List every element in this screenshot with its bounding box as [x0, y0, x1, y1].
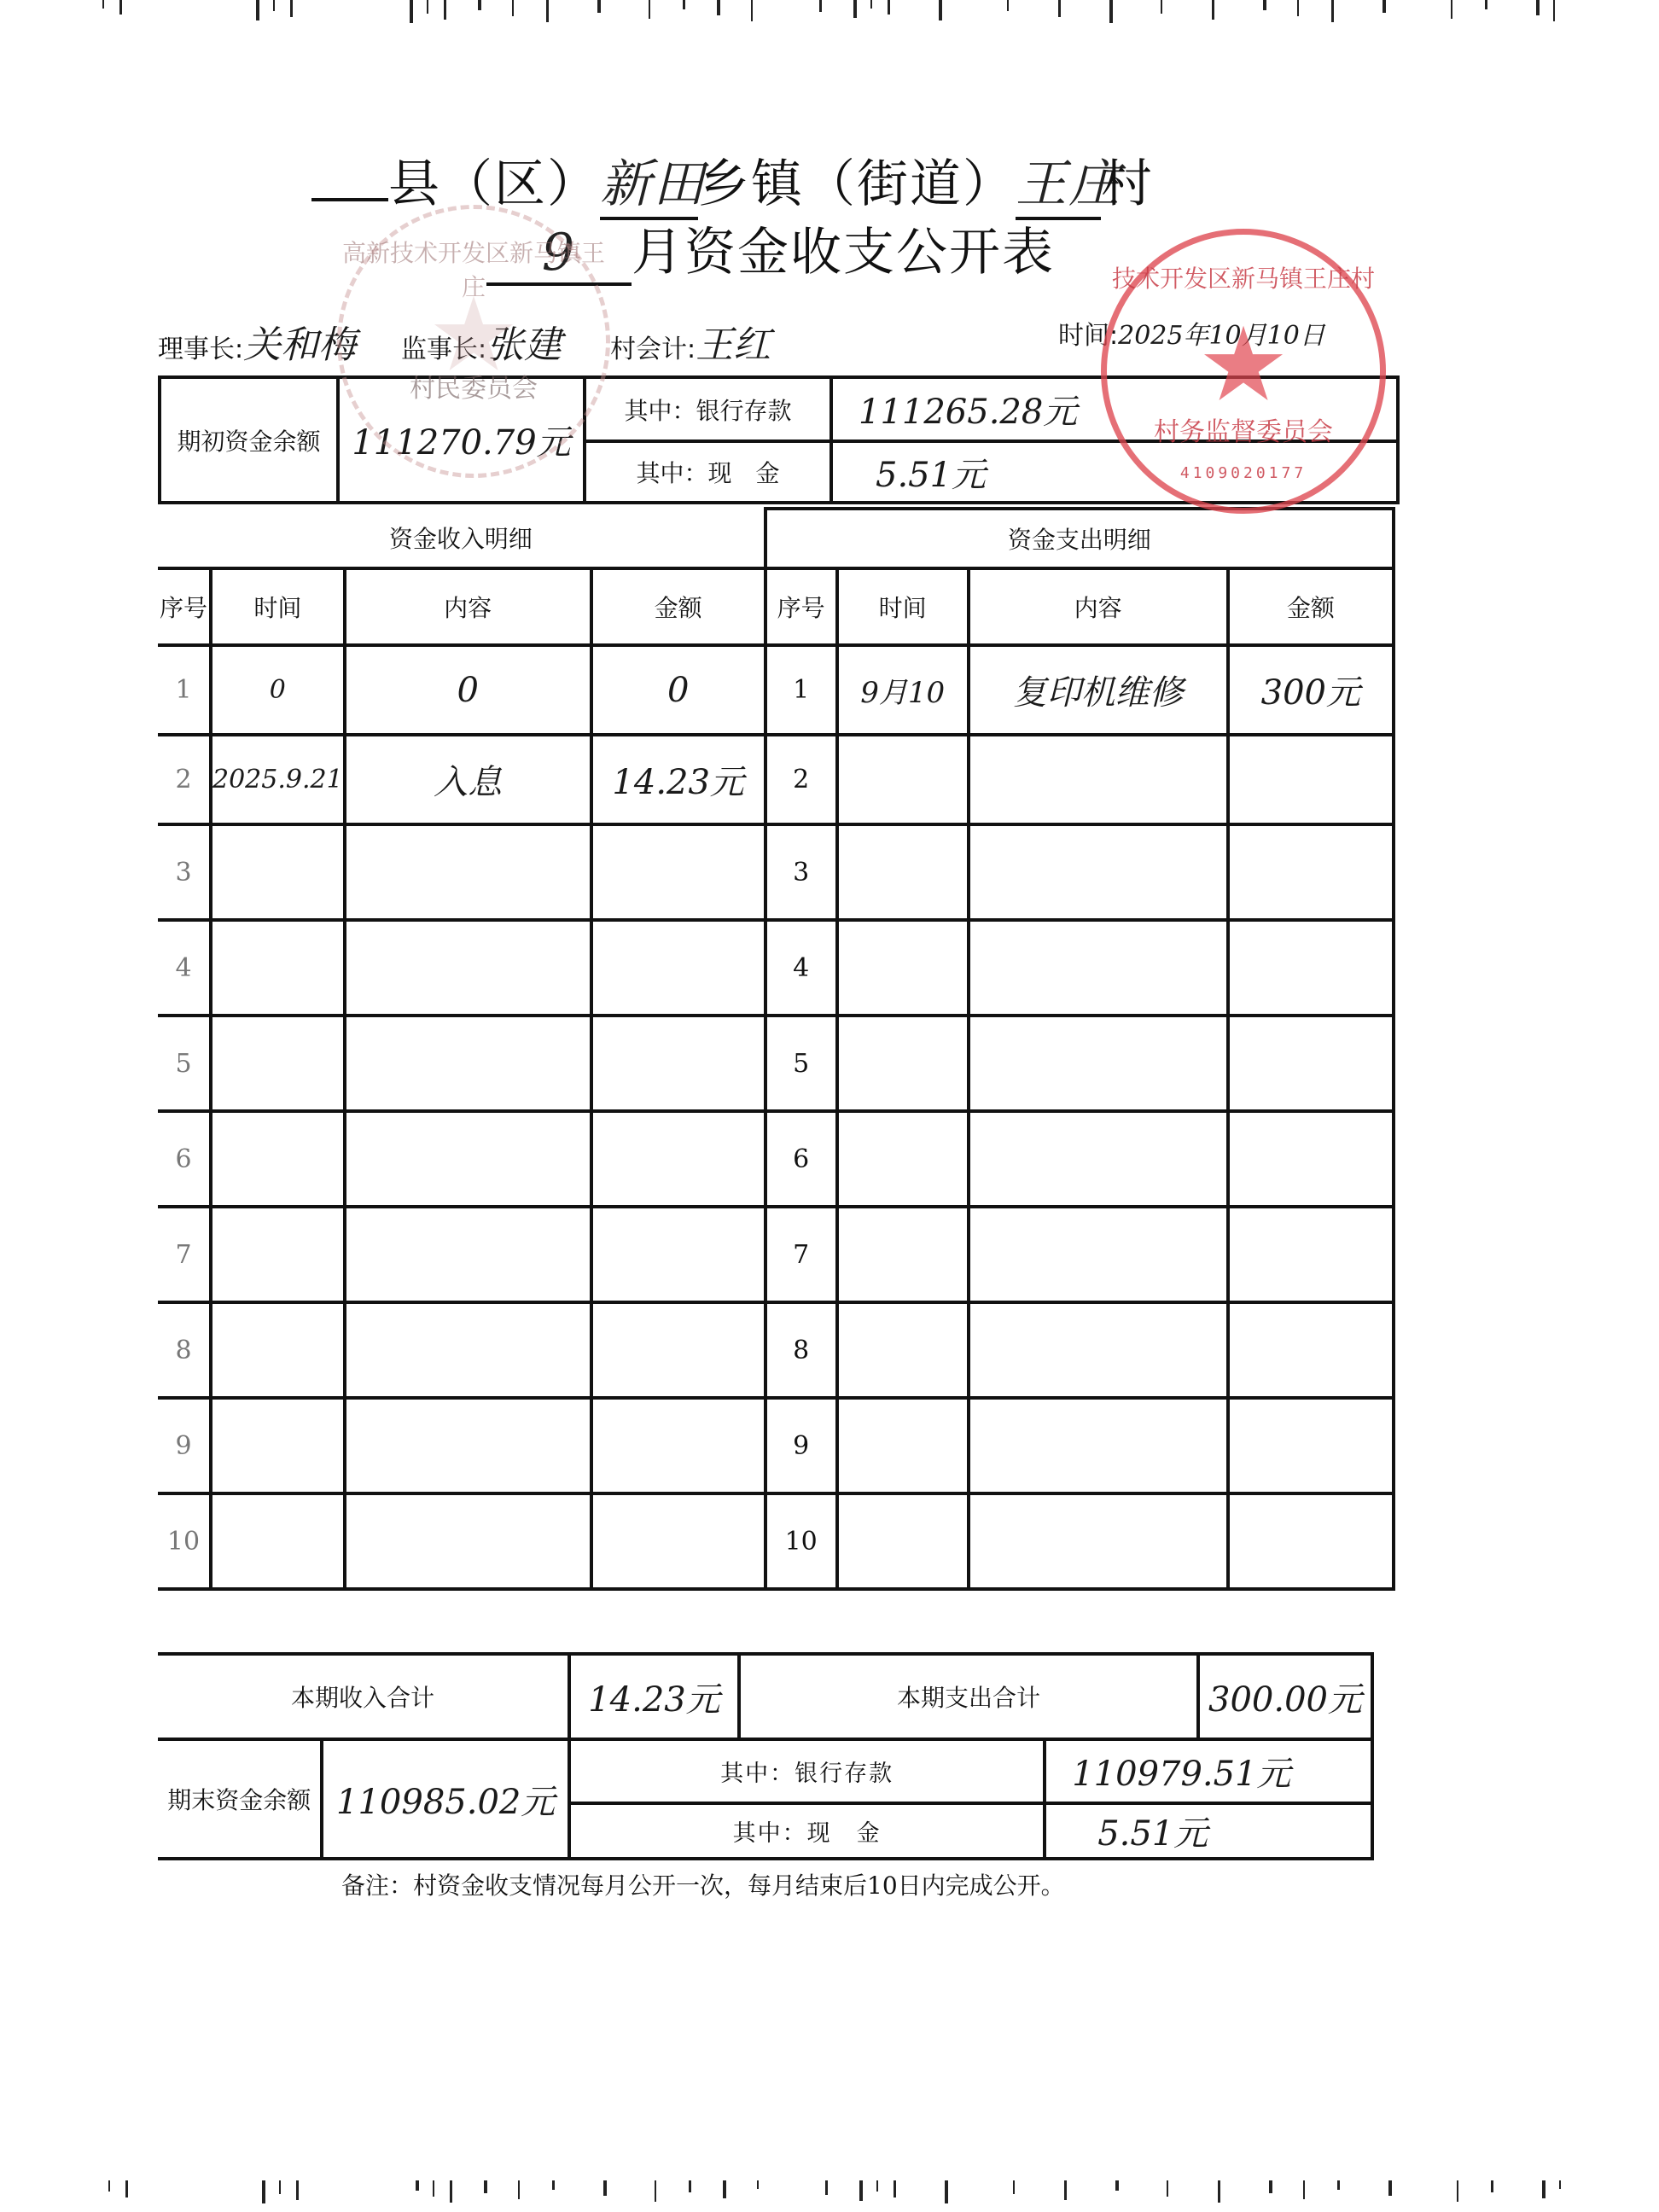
table-row: 100019月10复印机维修300元	[158, 645, 1394, 735]
expense-row-amount	[1228, 824, 1394, 920]
expense-row-time	[837, 1493, 969, 1589]
table-row: 1010	[158, 1493, 1394, 1589]
date-value: 2025年10月10日	[1118, 321, 1325, 351]
income-row-amount: 0	[591, 645, 765, 735]
expense-row-time	[837, 735, 969, 824]
opening-cash-value: 5.51元	[831, 441, 1398, 503]
table-row: 99	[158, 1398, 1394, 1493]
accountant-label: 村会计:	[610, 335, 696, 364]
table-row: 55	[158, 1016, 1394, 1111]
expense-section-title: 资金支出明细	[765, 509, 1394, 568]
supervisor-label: 监事长:	[401, 335, 486, 364]
column-headers: 序号 时间 内容 金额 序号 时间 内容 金额	[158, 568, 1394, 645]
date-field: 时间:2025年10月10日	[1058, 314, 1325, 352]
income-row-content	[345, 824, 591, 920]
income-row-amount	[591, 920, 765, 1016]
opening-total: 111270.79元	[338, 377, 585, 503]
income-row-content	[345, 920, 591, 1016]
expense-row-no: 9	[765, 1398, 837, 1493]
expense-row-amount	[1228, 920, 1394, 1016]
income-row-amount	[591, 1207, 765, 1302]
income-row-no: 2	[158, 735, 211, 824]
expense-row-content	[969, 1302, 1228, 1398]
form-title: 月资金收支公开表	[632, 223, 1055, 282]
opening-cash-label: 其中：现 金	[585, 441, 831, 503]
director-signature: 理事长:关和梅	[158, 314, 356, 369]
expense-row-time	[837, 1398, 969, 1493]
income-row-content	[345, 1111, 591, 1207]
county-label: 县（区）	[388, 154, 600, 214]
expense-row-time	[837, 920, 969, 1016]
expense-row-time	[837, 1207, 969, 1302]
income-header-time: 时间	[211, 568, 345, 645]
director-label: 理事长:	[158, 335, 243, 364]
accountant-value: 王红	[696, 323, 771, 367]
closing-label: 期末资金余额	[158, 1739, 322, 1859]
table-row: 66	[158, 1111, 1394, 1207]
expense-row-no: 10	[765, 1493, 837, 1589]
expense-row-time	[837, 824, 969, 920]
month-field: 9	[486, 223, 632, 286]
income-row-time	[211, 824, 345, 920]
income-row-amount	[591, 824, 765, 920]
table-row: 33	[158, 824, 1394, 920]
income-row-time	[211, 1016, 345, 1111]
income-row-no: 1	[158, 645, 211, 735]
income-row-time	[211, 1493, 345, 1589]
form-title-line1: 县（区）新田乡镇（街道）王庄村	[311, 143, 1154, 220]
opening-bank-label: 其中：银行存款	[585, 377, 831, 441]
expense-header-no: 序号	[765, 568, 837, 645]
closing-cash-value: 5.51元	[1045, 1803, 1372, 1859]
income-row-amount	[591, 1493, 765, 1589]
income-row-no: 8	[158, 1302, 211, 1398]
expense-row-amount	[1228, 1302, 1394, 1398]
income-row-no: 4	[158, 920, 211, 1016]
income-row-content	[345, 1398, 591, 1493]
income-row-no: 6	[158, 1111, 211, 1207]
expense-header-time: 时间	[837, 568, 969, 645]
income-expense-table: 资金收入明细 资金支出明细 序号 时间 内容 金额 序号 时间 内容 金额 10…	[158, 507, 1395, 1591]
expense-row-amount	[1228, 1207, 1394, 1302]
closing-bank-value: 110979.51元	[1045, 1739, 1372, 1803]
expense-row-no: 8	[765, 1302, 837, 1398]
expense-row-time: 9月10	[837, 645, 969, 735]
expense-row-content	[969, 920, 1228, 1016]
expense-row-no: 4	[765, 920, 837, 1016]
income-row-content	[345, 1493, 591, 1589]
county-field	[311, 198, 388, 201]
income-row-amount	[591, 1016, 765, 1111]
form-title-line2: 9月资金收支公开表	[486, 212, 1055, 286]
expense-header-amount: 金额	[1228, 568, 1394, 645]
town-field: 新田	[600, 143, 698, 220]
expense-header-content: 内容	[969, 568, 1228, 645]
income-row-time	[211, 1398, 345, 1493]
income-header-no: 序号	[158, 568, 211, 645]
income-row-no: 10	[158, 1493, 211, 1589]
expense-row-time	[837, 1016, 969, 1111]
expense-row-no: 5	[765, 1016, 837, 1111]
closing-total: 110985.02元	[322, 1739, 569, 1859]
table-row: 22025.9.21入息14.23元2	[158, 735, 1394, 824]
expense-row-content	[969, 824, 1228, 920]
income-row-amount	[591, 1111, 765, 1207]
scan-edge-marks-top	[0, 0, 1659, 26]
expense-row-content	[969, 735, 1228, 824]
opening-label: 期初资金余额	[160, 377, 338, 503]
income-row-time	[211, 1302, 345, 1398]
expense-row-content	[969, 1016, 1228, 1111]
expense-row-content: 复印机维修	[969, 645, 1228, 735]
closing-cash-label: 其中：现 金	[569, 1803, 1045, 1859]
expense-row-amount	[1228, 1016, 1394, 1111]
income-row-amount	[591, 1398, 765, 1493]
expense-row-time	[837, 1111, 969, 1207]
income-row-amount	[591, 1302, 765, 1398]
village-field: 王庄	[1016, 143, 1101, 220]
village-label: 村	[1101, 154, 1154, 214]
expense-row-amount: 300元	[1228, 645, 1394, 735]
income-row-no: 3	[158, 824, 211, 920]
opening-balance-table: 期初资金余额 111270.79元 其中：银行存款 111265.28元 其中：…	[158, 375, 1400, 504]
expense-row-no: 3	[765, 824, 837, 920]
expense-row-amount	[1228, 1493, 1394, 1589]
expense-row-time	[837, 1302, 969, 1398]
income-row-time: 2025.9.21	[211, 735, 345, 824]
accountant-signature: 村会计:王红	[610, 314, 771, 369]
expense-row-content	[969, 1398, 1228, 1493]
income-section-title: 资金收入明细	[158, 509, 765, 568]
expense-total-label: 本期支出合计	[739, 1654, 1198, 1739]
supervisor-value: 张建	[486, 323, 562, 367]
expense-row-no: 6	[765, 1111, 837, 1207]
income-row-time	[211, 1111, 345, 1207]
expense-row-content	[969, 1493, 1228, 1589]
income-total-label: 本期收入合计	[158, 1654, 569, 1739]
income-row-no: 5	[158, 1016, 211, 1111]
seal-arc-text: 技术开发区新马镇王庄村	[1107, 260, 1380, 294]
expense-row-amount	[1228, 1111, 1394, 1207]
expense-row-no: 1	[765, 645, 837, 735]
expense-row-amount	[1228, 735, 1394, 824]
date-label: 时间:	[1058, 321, 1118, 351]
income-row-time: 0	[211, 645, 345, 735]
expense-row-content	[969, 1111, 1228, 1207]
expense-row-content	[969, 1207, 1228, 1302]
table-row: 44	[158, 920, 1394, 1016]
town-label: 乡镇（街道）	[698, 154, 1016, 214]
income-row-content	[345, 1016, 591, 1111]
income-header-amount: 金额	[591, 568, 765, 645]
income-row-amount: 14.23元	[591, 735, 765, 824]
income-row-no: 9	[158, 1398, 211, 1493]
expense-row-no: 2	[765, 735, 837, 824]
table-row: 77	[158, 1207, 1394, 1302]
table-row: 88	[158, 1302, 1394, 1398]
income-row-time	[211, 920, 345, 1016]
income-total-value: 14.23元	[569, 1654, 739, 1739]
income-row-time	[211, 1207, 345, 1302]
footnote: 备注：村资金收支情况每月公开一次，每月结束后10日内完成公开。	[341, 1867, 1065, 1901]
closing-bank-label: 其中：银行存款	[569, 1739, 1045, 1803]
supervisor-signature: 监事长:张建	[401, 314, 562, 369]
closing-balance-table: 本期收入合计 14.23元 本期支出合计 300.00元 期末资金余额 1109…	[158, 1652, 1374, 1860]
income-row-no: 7	[158, 1207, 211, 1302]
director-value: 关和梅	[243, 323, 356, 367]
expense-row-amount	[1228, 1398, 1394, 1493]
income-row-content: 入息	[345, 735, 591, 824]
opening-bank-value: 111265.28元	[831, 377, 1398, 441]
income-header-content: 内容	[345, 568, 591, 645]
expense-total-value: 300.00元	[1198, 1654, 1372, 1739]
income-row-content	[345, 1207, 591, 1302]
income-row-content: 0	[345, 645, 591, 735]
income-row-content	[345, 1302, 591, 1398]
expense-row-no: 7	[765, 1207, 837, 1302]
scan-edge-marks-bottom	[0, 2180, 1659, 2206]
